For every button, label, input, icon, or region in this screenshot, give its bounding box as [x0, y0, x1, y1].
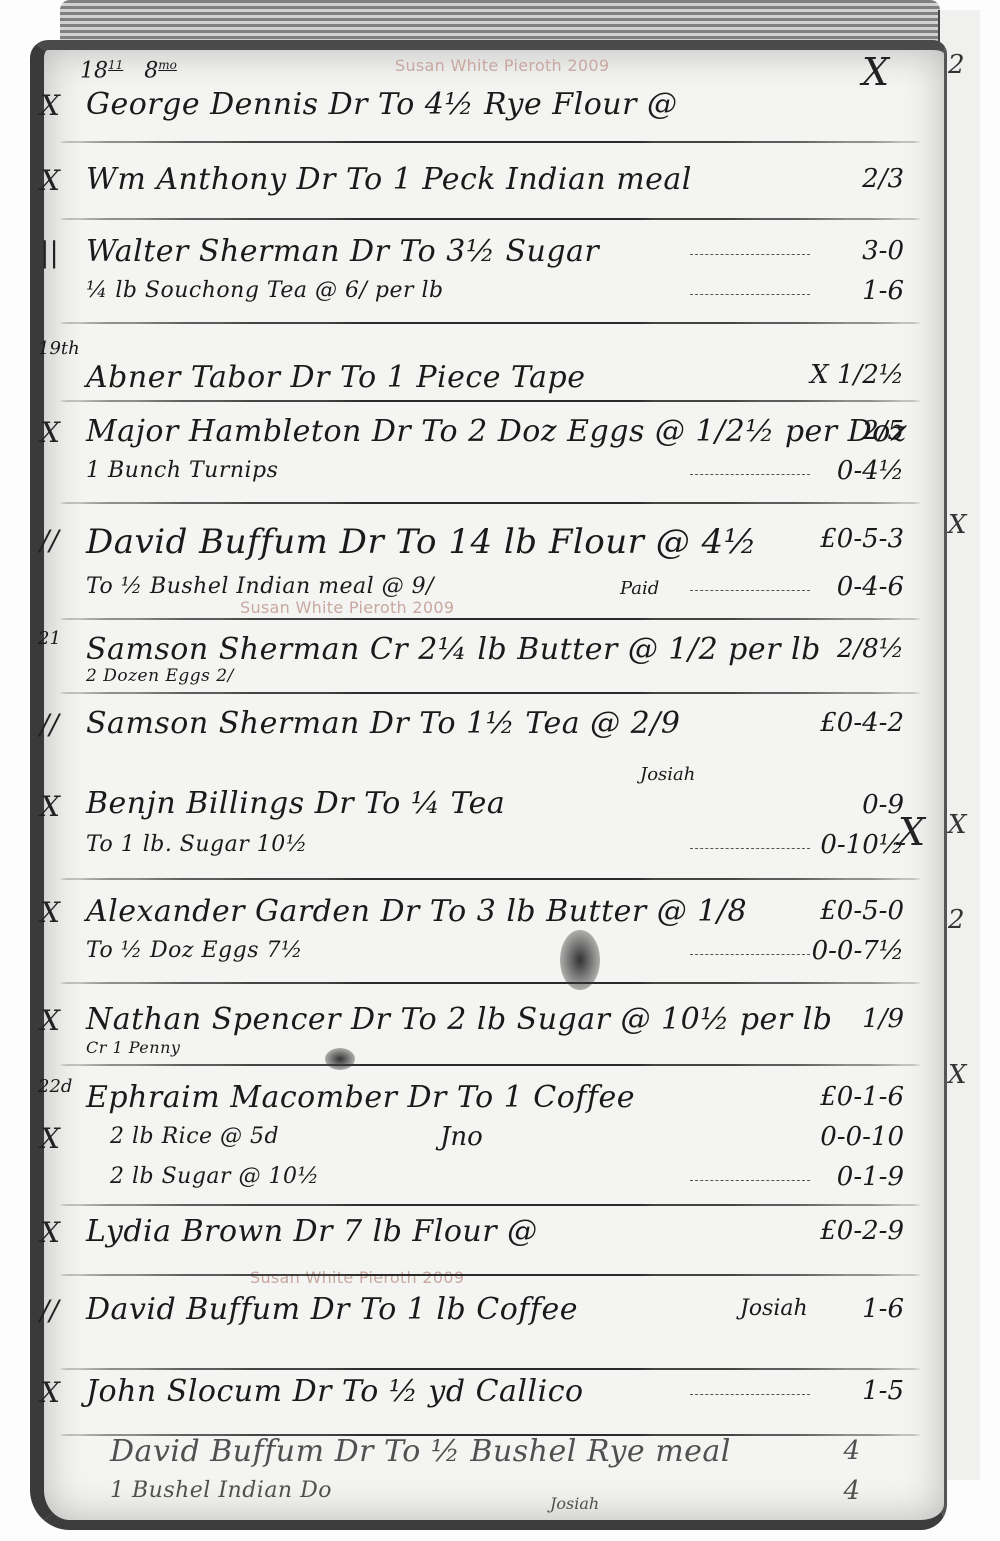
entry-text: 2 lb Rice @ 5d: [110, 1124, 279, 1149]
josiah-annotation: Josiah: [550, 1494, 599, 1513]
ledger-entry: X Nathan Spencer Dr To 2 lb Sugar @ 10½ …: [40, 1000, 920, 1066]
entry-amount: 1/9: [862, 1004, 904, 1034]
entry-amount: £0-5-3: [820, 524, 904, 554]
ledger-entry: X Wm Anthony Dr To 1 Peck Indian meal 2/…: [40, 160, 920, 220]
entry-text: David Buffum Dr To ½ Bushel Rye meal: [110, 1434, 731, 1469]
entry-amount: £0-5-0: [820, 896, 904, 926]
entry-amount: 4: [843, 1476, 860, 1506]
entry-text: Abner Tabor Dr To 1 Piece Tape: [86, 360, 586, 395]
entry-text: George Dennis Dr To 4½ Rye Flour @: [86, 87, 677, 122]
ledger-entry: X John Slocum Dr To ½ yd Callico 1-5: [40, 1372, 920, 1436]
settled-mark: X: [898, 810, 925, 854]
entry-amount: 4: [843, 1436, 860, 1466]
entry-amount: £0-2-9: [820, 1216, 904, 1246]
entry-amount: 0-0-10: [820, 1122, 904, 1152]
settled-mark: X: [40, 790, 60, 823]
book-top-edge: [60, 0, 940, 42]
ledger-entry: David Buffum Dr To ½ Bushel Rye meal 4 1…: [40, 1432, 920, 1512]
entry-text: Major Hambleton Dr To 2 Doz Eggs @ 1/2½ …: [86, 414, 907, 449]
entry-amount: 2/5: [862, 416, 904, 446]
ledger-entry: 22d Ephraim Macomber Dr To 1 Coffee £0-1…: [40, 1078, 920, 1206]
entry-text: 2 lb Sugar @ 10½: [110, 1164, 319, 1189]
entry-amount: 1-5: [862, 1376, 904, 1406]
ledger-entry: X Major Hambleton Dr To 2 Doz Eggs @ 1/2…: [40, 412, 920, 504]
josiah-annotation: Josiah: [640, 764, 695, 785]
posted-mark: //: [40, 1294, 59, 1327]
entry-text: Samson Sherman Dr To 1½ Tea @ 2/9: [86, 706, 680, 741]
entry-text: David Buffum Dr To 14 lb Flour @ 4½: [86, 522, 757, 562]
entry-text: 1 Bunch Turnips: [86, 458, 278, 483]
ledger-entry: X George Dennis Dr To 4½ Rye Flour @: [40, 85, 920, 143]
entry-amount: X 1/2½: [810, 360, 904, 390]
watermark: Susan White Pieroth 2009: [395, 56, 609, 75]
entry-text: To ½ Doz Eggs 7½: [86, 938, 303, 963]
ledger-entry: X Benjn Billings Dr To ¼ Tea Josiah 0-9 …: [40, 770, 920, 880]
adjacent-page-mark: X: [948, 510, 967, 540]
paid-annotation: Paid: [620, 578, 659, 599]
settled-mark: X: [40, 1004, 60, 1037]
adjacent-page-mark: X: [948, 810, 967, 840]
settled-mark: X: [40, 416, 60, 449]
entry-amount: 0-0-7½: [812, 936, 904, 966]
ledger-entry: 21 Samson Sherman Cr 2¼ lb Butter @ 1/2 …: [40, 630, 920, 694]
settled-mark: X: [40, 89, 60, 122]
ink-stain: [325, 1048, 355, 1070]
ledger-entry: 19th Abner Tabor Dr To 1 Piece Tape X 1/…: [40, 340, 920, 402]
entry-text: Nathan Spencer Dr To 2 lb Sugar @ 10½ pe…: [86, 1002, 832, 1037]
josiah-annotation: Josiah: [740, 1296, 808, 1321]
entry-text: Walter Sherman Dr To 3½ Sugar: [86, 234, 599, 269]
entry-text: Wm Anthony Dr To 1 Peck Indian meal: [86, 162, 692, 197]
entry-amount: 1-6: [862, 276, 904, 306]
entry-amount: £0-1-6: [820, 1082, 904, 1112]
entry-text: Samson Sherman Cr 2¼ lb Butter @ 1/2 per…: [86, 632, 821, 667]
adjacent-page-mark: X: [948, 1060, 967, 1090]
entry-text: 2 Dozen Eggs 2/: [86, 666, 234, 686]
entry-text: Lydia Brown Dr 7 lb Flour @: [86, 1214, 538, 1249]
settled-mark: X: [40, 1122, 60, 1155]
ledger-entry: || Walter Sherman Dr To 3½ Sugar 3-0 ¼ l…: [40, 232, 920, 324]
entry-amount: 0-4-6: [837, 572, 904, 602]
entry-text: Benjn Billings Dr To ¼ Tea: [86, 786, 505, 821]
settled-mark: X: [40, 1216, 60, 1249]
settled-mark: X: [40, 1376, 60, 1409]
ledger-entry: // David Buffum Dr To 14 lb Flour @ 4½ £…: [40, 520, 920, 620]
entry-amount: £0-4-2: [820, 708, 904, 738]
entry-text: To ½ Bushel Indian meal @ 9/: [86, 574, 434, 599]
entry-amount: 0-4½: [837, 456, 904, 486]
settled-mark: X: [40, 164, 60, 197]
entry-date: 21: [38, 628, 61, 649]
adjacent-page-mark: 2: [948, 50, 965, 80]
entry-text: John Slocum Dr To ½ yd Callico: [86, 1374, 584, 1409]
posted-mark: ||: [40, 236, 59, 269]
entry-text: ¼ lb Souchong Tea @ 6/ per lb: [86, 278, 444, 303]
entry-amount: 2/3: [862, 164, 904, 194]
adjacent-page-mark: 2: [948, 905, 965, 935]
entry-amount: 2/8½: [837, 634, 904, 664]
entry-amount: 0-10½: [820, 830, 904, 860]
entry-text: To 1 lb. Sugar 10½: [86, 832, 308, 857]
ledger-entry: X Lydia Brown Dr 7 lb Flour @ £0-2-9: [40, 1212, 920, 1276]
entry-text: 1 Bushel Indian Do: [110, 1478, 332, 1503]
settled-mark: X: [40, 896, 60, 929]
entry-amount: 3-0: [862, 236, 904, 266]
ledger-entry: // David Buffum Dr To 1 lb Coffee Josiah…: [40, 1290, 920, 1370]
entry-amount: 0-1-9: [837, 1162, 904, 1192]
posted-mark: //: [40, 708, 59, 741]
jno-annotation: Jno: [440, 1122, 483, 1152]
ledger-entry: // Samson Sherman Dr To 1½ Tea @ 2/9 £0-…: [40, 704, 920, 756]
page-date-header: 1811 8mo: [80, 58, 177, 83]
entry-text: David Buffum Dr To 1 lb Coffee: [86, 1292, 578, 1327]
entry-text: Ephraim Macomber Dr To 1 Coffee: [86, 1080, 635, 1115]
entry-text: Cr 1 Penny: [86, 1038, 180, 1057]
ledger-entry: X Alexander Garden Dr To 3 lb Butter @ 1…: [40, 892, 920, 984]
entry-date: 22d: [38, 1076, 72, 1097]
entry-date: 19th: [38, 338, 80, 359]
posted-mark: //: [40, 524, 59, 557]
settled-mark: X: [862, 50, 889, 94]
entry-text: Alexander Garden Dr To 3 lb Butter @ 1/8: [86, 894, 747, 929]
entry-amount: 1-6: [862, 1294, 904, 1324]
ink-stain: [560, 930, 600, 990]
